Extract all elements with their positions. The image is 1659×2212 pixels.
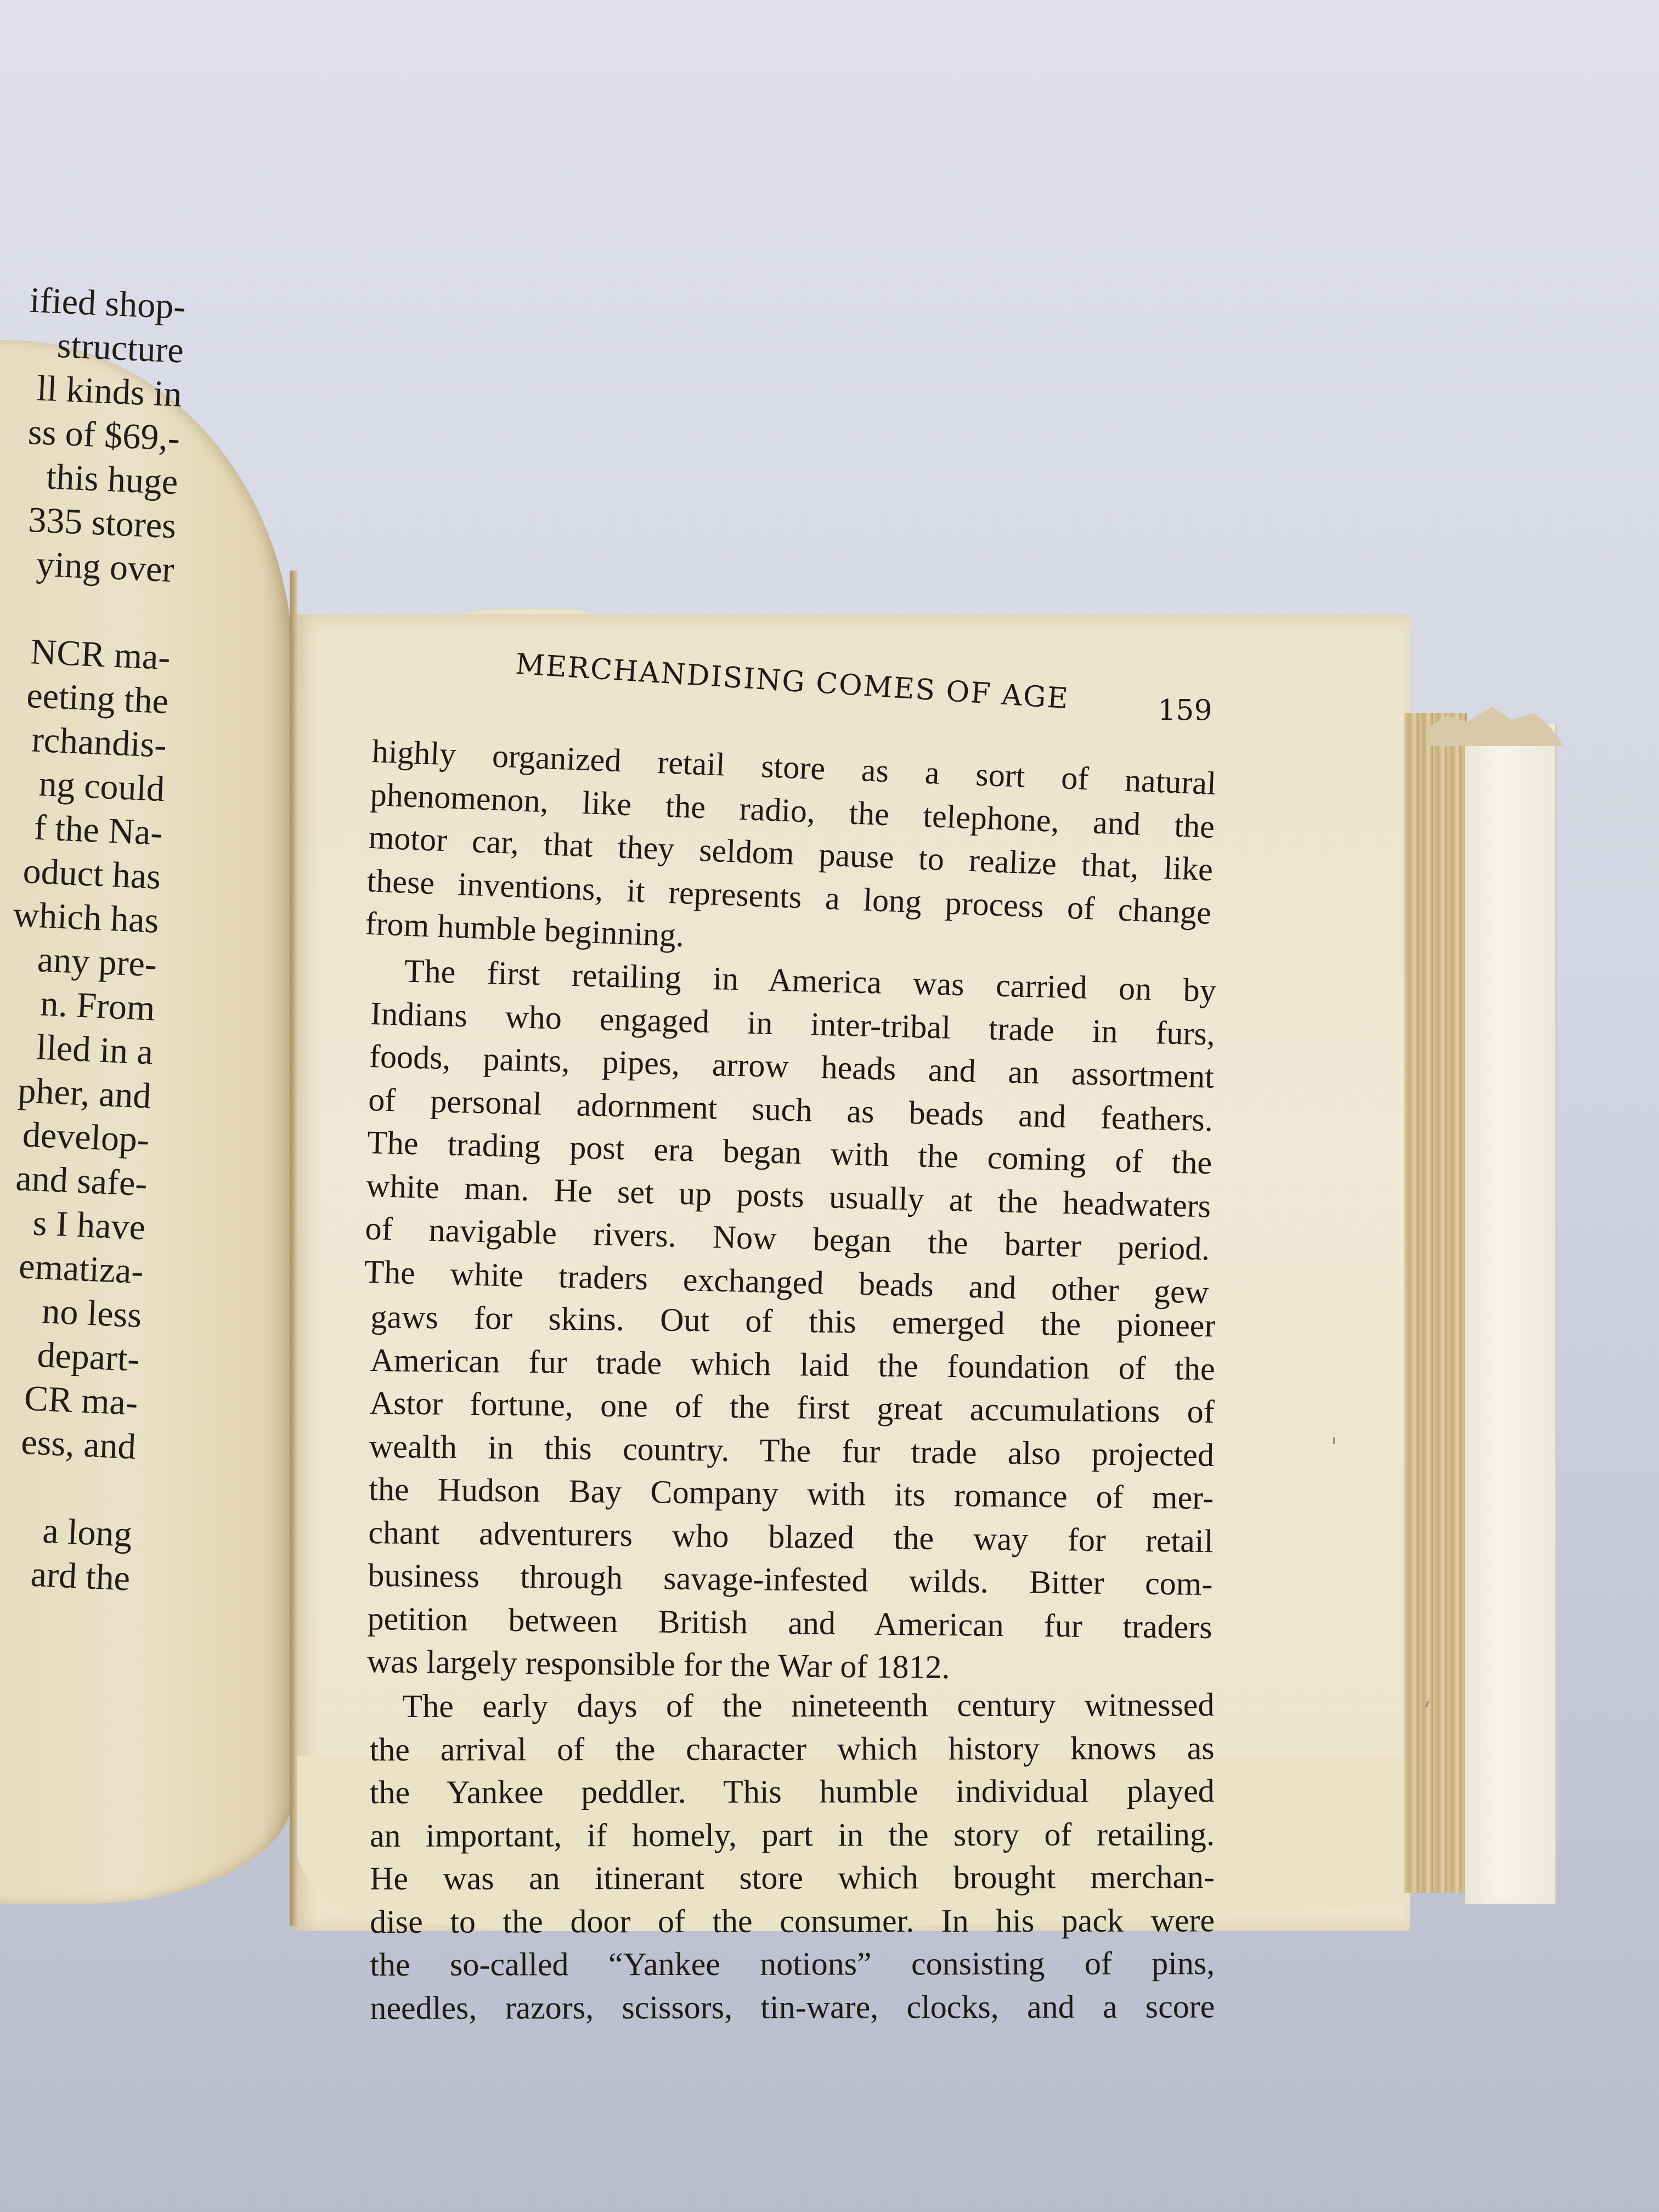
left-text-fragment: lled in a (0, 1023, 154, 1075)
left-text-fragment: ess, and (0, 1417, 137, 1469)
paragraph-3: The early days of the nineteenth century… (369, 1683, 1215, 2029)
left-text-fragment: ified shop- (0, 277, 187, 329)
left-text-fragment: structure (0, 321, 185, 373)
left-text-fragment: develop- (0, 1110, 150, 1163)
text-line: the arrival of the character which histo… (370, 1726, 1215, 1771)
running-head-title: MERCHANDISING COMES OF AGE (515, 648, 1070, 715)
page-number: 159 (1158, 694, 1212, 727)
left-text-fragment: this huge (0, 453, 179, 505)
text-line: business through savage-infested wilds. … (368, 1553, 1213, 1605)
left-text-fragment (0, 584, 173, 636)
left-text-fragment: ying over (0, 540, 175, 592)
paper-speck (1333, 1437, 1335, 1444)
left-text-fragment: a long (0, 1505, 133, 1557)
left-text-fragment: any pre- (0, 935, 158, 987)
left-text-fragment: ard the (0, 1549, 131, 1601)
left-text-fragment: f the Na- (0, 803, 163, 855)
left-text-fragment: s I have (0, 1198, 146, 1250)
page-content: MERCHANDISING COMES OF AGE 159 highly or… (368, 647, 1218, 2032)
left-text-fragment: 335 stores (0, 496, 177, 549)
text-line: Astor fortune, one of the first great ac… (369, 1381, 1215, 1433)
left-text-fragment: ng could (0, 759, 166, 811)
page-block-edges (1404, 713, 1467, 1893)
text-line: an important, if homely, part in the sto… (370, 1813, 1215, 1857)
left-text-fragment: eeting the (0, 672, 170, 724)
left-text-fragment: no less (0, 1285, 143, 1338)
torn-jacket-edge (1426, 702, 1564, 746)
left-text-fragment: ss of $69,- (0, 409, 181, 461)
running-head: MERCHANDISING COMES OF AGE 159 (373, 647, 1218, 716)
paragraph-1: highly organized retail store as a sort … (364, 730, 1217, 977)
text-line: dise to the door of the consumer. In his… (370, 1899, 1215, 1943)
left-text-fragment: depart- (0, 1329, 140, 1381)
dust-jacket-spine (1465, 724, 1557, 1904)
left-text-fragment (0, 1461, 135, 1513)
text-line: He was an itinerant store which brought … (370, 1855, 1215, 1900)
text-line: The early days of the nineteenth century… (369, 1683, 1214, 1728)
left-text-fragment: ematiza- (0, 1242, 144, 1294)
text-line: the Hudson Bay Company with its romance … (369, 1467, 1214, 1519)
text-line: the so-called “Yankee notions” consistin… (370, 1942, 1215, 1986)
left-text-fragment: CR ma- (0, 1373, 139, 1425)
paragraph-2-continued: gaws for skins. Out of this emerged the … (366, 1295, 1215, 1691)
left-text-fragment: which has (0, 891, 160, 943)
paragraph-2: The first retailing in America was carri… (364, 948, 1217, 1313)
left-text-fragment: oduct has (0, 847, 162, 899)
photo-scene: ified shop-structurell kinds inss of $69… (0, 0, 1659, 2212)
book-gutter (290, 571, 297, 1926)
left-text-fragment: pher, and (0, 1066, 152, 1119)
left-text-fragment: and safe- (0, 1154, 148, 1206)
left-text-fragment: NCR ma- (0, 628, 171, 680)
text-line: needles, razors, scissors, tin-ware, clo… (370, 1985, 1215, 2029)
left-text-fragment: n. From (0, 979, 156, 1031)
text-line: the Yankee peddler. This humble individu… (370, 1769, 1215, 1814)
left-text-fragment: rchandis- (0, 715, 167, 768)
left-text-fragment: ll kinds in (0, 365, 183, 417)
text-line: gaws for skins. Out of this emerged the … (370, 1295, 1216, 1347)
